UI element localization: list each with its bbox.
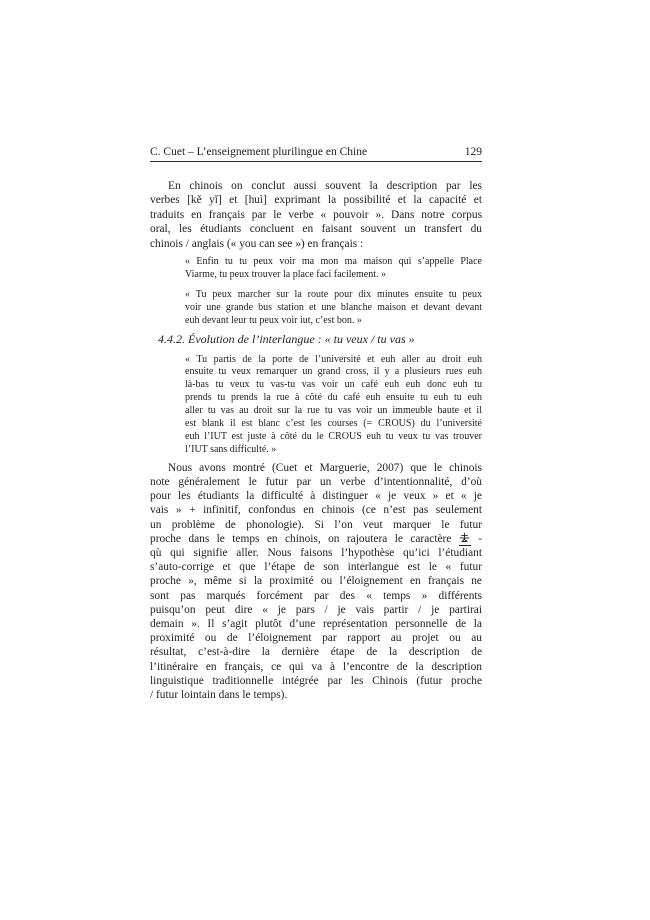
section-heading: 4.4.2. Évolution de l’interlangue : « tu… [158, 332, 482, 346]
text-line: prends tu prends la rue à côté du café e… [185, 392, 482, 405]
paragraph-intro: En chinois on conclut aussi souvent la d… [150, 179, 482, 251]
text-line: qù qui signifie aller. Nous faisons l’hy… [150, 546, 482, 560]
text-line: Viarme, tu peux trouver la place faci fa… [185, 268, 482, 281]
text-line: vais » + infinitif, confondus en chinois… [150, 503, 482, 517]
text-line: ensuite tu veux remarquer un grand cross… [185, 366, 482, 379]
text-line: verbes [kě yǐ] et [huì] exprimant la pos… [150, 193, 482, 207]
text-line: traduits en français par le verbe « pouv… [150, 208, 482, 222]
hanzi-line-after: - [478, 533, 482, 545]
text-line: sont pas marqués forcément par des « tem… [150, 589, 482, 603]
text-line: un problème de phonologie). Si l’on veut… [150, 518, 482, 532]
running-header: C. Cuet – L’enseignement plurilingue en … [150, 146, 482, 162]
text-line: linguistique traditionnelle intégrée par… [150, 674, 482, 688]
text-line: proximité ou de l’éloignement par rappor… [150, 631, 482, 645]
text-line: là-bas tu veux tu vas-tu vas voir un caf… [185, 379, 482, 392]
text-line: pour les étudiants la difficulté à disti… [150, 489, 482, 503]
text-line: Nous avons montré (Cuet et Marguerie, 20… [150, 461, 482, 475]
student-quote-1: « Enfin tu tu peux voir ma mon ma maison… [185, 255, 482, 281]
text-line: demain ». Il s’agit plutôt d’une représe… [150, 617, 482, 631]
text-line: « Enfin tu tu peux voir ma mon ma maison… [185, 255, 482, 268]
page-number: 129 [465, 146, 482, 159]
text-line: euh l’IUT est juste à côté du le CROUS e… [185, 431, 482, 444]
hanzi-qu-glyph [459, 532, 471, 546]
text-line: est blank il est blanc c’est les courses… [185, 418, 482, 431]
text-line: aller tu vas au droit sur la rue tu vas … [185, 405, 482, 418]
text-line: / futur lointain dans le temps). [150, 688, 482, 702]
text-line: « Tu partis de la porte de l’université … [185, 354, 482, 367]
paragraph-analysis: Nous avons montré (Cuet et Marguerie, 20… [150, 461, 482, 702]
text-line: voir une grande bus station et une blanc… [185, 301, 482, 314]
text-line: l’IUT sans difficulté. » [185, 444, 482, 457]
text-line: En chinois on conclut aussi souvent la d… [150, 179, 482, 193]
text-line: chinois / anglais (« you can see ») en f… [150, 237, 482, 251]
scanned-paper-page: C. Cuet – L’enseignement plurilingue en … [150, 0, 482, 702]
hanzi-line-before: proche dans le temps en chinois, on rajo… [150, 533, 451, 545]
running-title: C. Cuet – L’enseignement plurilingue en … [150, 146, 367, 159]
text-line: proche », même si la proximité ou l’éloi… [150, 574, 482, 588]
text-line: oral, les étudiants concluent en faisant… [150, 222, 482, 236]
text-line: puisqu’on peut dire « je pars / je vais … [150, 603, 482, 617]
text-line-hanzi: proche dans le temps en chinois, on rajo… [150, 532, 482, 546]
text-line: résultat, c’est-à-dire la dernière étape… [150, 645, 482, 659]
text-line: note généralement le futur par un verbe … [150, 475, 482, 489]
student-quote-2: « Tu peux marcher sur la route pour dix … [185, 288, 482, 327]
text-line: euh devant leur tu peux voir iut, c’est … [185, 314, 482, 327]
student-quote-3: « Tu partis de la porte de l’université … [185, 354, 482, 457]
text-line: « Tu peux marcher sur la route pour dix … [185, 288, 482, 301]
text-line: l’itinéraire en français, ce qui va à l’… [150, 660, 482, 674]
text-line: s’auto-corrige et que l’étape de son int… [150, 560, 482, 574]
